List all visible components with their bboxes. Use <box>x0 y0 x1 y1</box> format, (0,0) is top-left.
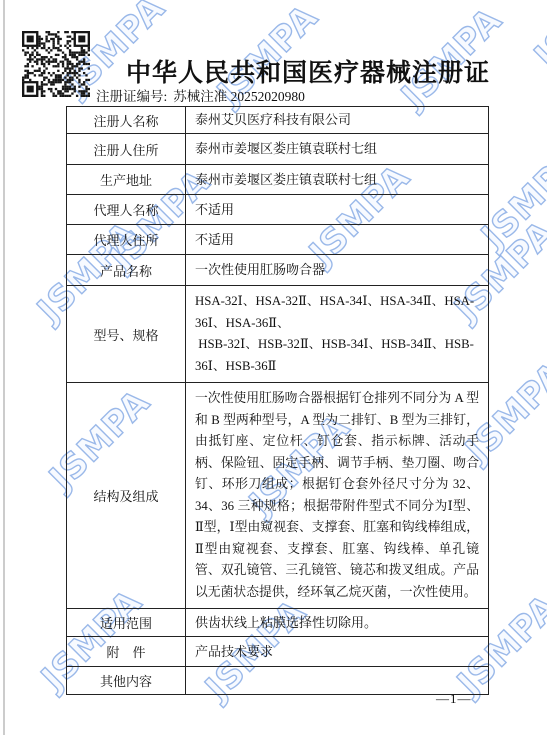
row-value <box>186 667 488 694</box>
certificate-number: 注册证编号:苏械注准 20252020980 <box>96 85 305 105</box>
qr-code <box>22 31 90 97</box>
row-label: 型号、规格 <box>67 286 186 382</box>
certificate-title: 中华人民共和国医疗器械注册证 <box>96 58 520 88</box>
row-label: 附 件 <box>67 637 186 666</box>
table-row: 附 件 产品技术要求 <box>67 636 488 666</box>
row-value: 泰州市姜堰区娄庄镇袁联村七组 <box>186 134 488 164</box>
row-label: 注册人住所 <box>67 134 186 164</box>
certificate-number-label: 注册证编号: <box>96 89 167 104</box>
scan-edge-artifact <box>3 0 5 735</box>
row-label: 其他内容 <box>67 667 186 694</box>
row-value: HSA-32Ⅰ、HSA-32Ⅱ、HSA-34Ⅰ、HSA-34Ⅱ、HSA-36Ⅰ、… <box>186 286 488 382</box>
row-label: 产品名称 <box>67 255 186 285</box>
table-row: 生产地址 泰州市姜堰区娄庄镇袁联村七组 <box>67 164 488 194</box>
table-row: 型号、规格 HSA-32Ⅰ、HSA-32Ⅱ、HSA-34Ⅰ、HSA-34Ⅱ、HS… <box>67 285 488 382</box>
row-label: 注册人名称 <box>67 107 186 133</box>
table-row: 代理人名称 不适用 <box>67 194 488 224</box>
row-label: 代理人住所 <box>67 225 186 254</box>
certificate-page: JSMPA JSMPA JSMPA JSMPA JSMPA JSMPA JSMP… <box>0 0 547 735</box>
table-row: 适用范围 供齿状线上粘膜选择性切除用。 <box>67 608 488 636</box>
row-label: 结构及组成 <box>67 383 186 608</box>
row-value: 泰州艾贝医疗科技有限公司 <box>186 107 488 133</box>
table-row: 结构及组成 一次性使用肛肠吻合器根据钉仓排列不同分为 A 型和 B 型两种型号，… <box>67 382 488 608</box>
row-label: 代理人名称 <box>67 195 186 224</box>
row-value: 不适用 <box>186 195 488 224</box>
row-value: 一次性使用肛肠吻合器 <box>186 255 488 285</box>
row-label: 适用范围 <box>67 609 186 636</box>
row-value: 产品技术要求 <box>186 637 488 666</box>
table-row: 注册人名称 泰州艾贝医疗科技有限公司 <box>67 107 488 133</box>
row-label: 生产地址 <box>67 165 186 194</box>
table-row: 代理人住所 不适用 <box>67 224 488 254</box>
row-value: 供齿状线上粘膜选择性切除用。 <box>186 609 488 636</box>
row-value: 一次性使用肛肠吻合器根据钉仓排列不同分为 A 型和 B 型两种型号，A 型为二排… <box>186 383 488 608</box>
certificate-number-value: 苏械注准 20252020980 <box>173 89 305 104</box>
table-row: 注册人住所 泰州市姜堰区娄庄镇袁联村七组 <box>67 133 488 164</box>
row-value: 泰州市姜堰区娄庄镇袁联村七组 <box>186 165 488 194</box>
page-number: —1— <box>436 691 472 707</box>
table-row: 产品名称 一次性使用肛肠吻合器 <box>67 254 488 285</box>
certificate-table: 注册人名称 泰州艾贝医疗科技有限公司 注册人住所 泰州市姜堰区娄庄镇袁联村七组 … <box>66 106 489 695</box>
table-row: 其他内容 <box>67 666 488 694</box>
row-value: 不适用 <box>186 225 488 254</box>
